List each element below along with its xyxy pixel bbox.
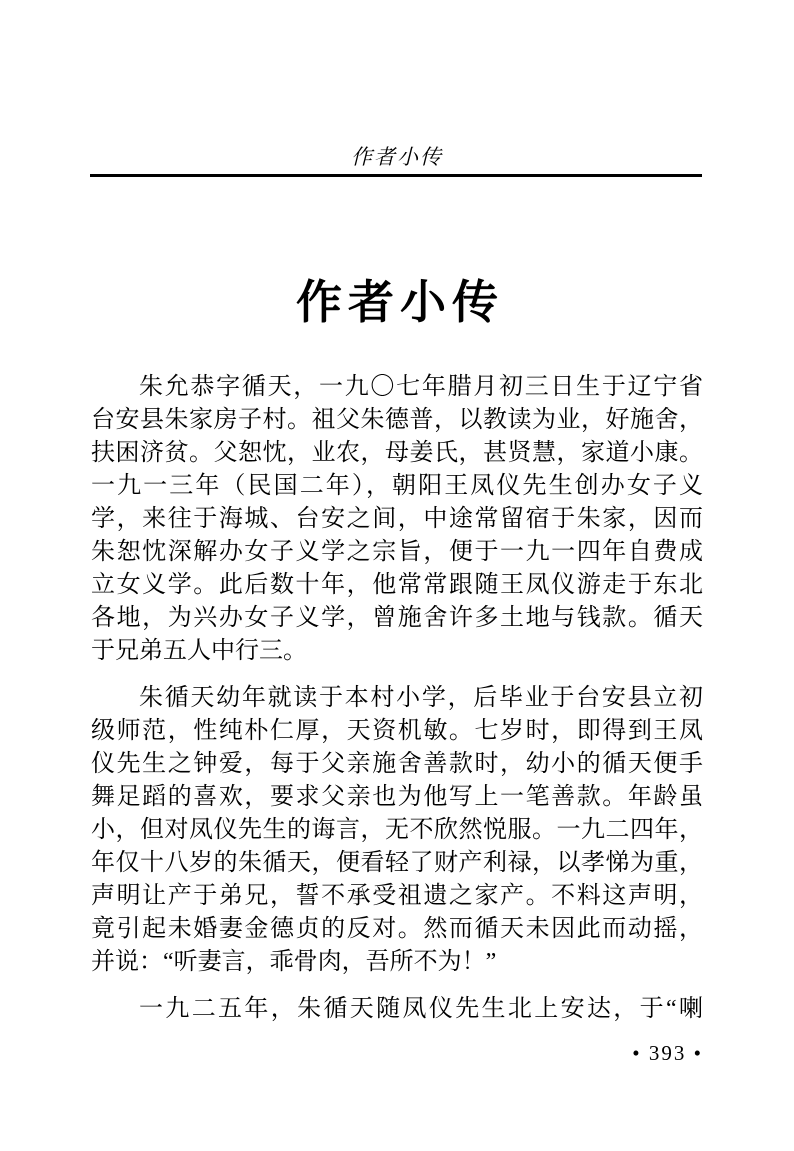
text-line: 朱允恭字循天，一九〇七年腊月初三日生于辽宁省 [91, 371, 703, 404]
running-header: 作者小传 [91, 141, 703, 171]
text-line: 年仅十八岁的朱循天，便看轻了财产利禄，以孝悌为重， [91, 847, 703, 880]
text-line: 小，但对凤仪先生的诲言，无不欣然悦服。一九二四年， [91, 814, 703, 847]
text-line: 一九二五年，朱循天随凤仪先生北上安达，于“喇 [91, 993, 703, 1026]
text-line: 竟引起未婚妻金德贞的反对。然而循天未因此而动摇， [91, 913, 703, 946]
book-page: 作者小传 作者小传 朱允恭字循天，一九〇七年腊月初三日生于辽宁省台安县朱家房子村… [0, 0, 794, 1151]
text-line: 台安县朱家房子村。祖父朱德普，以教读为业，好施舍， [91, 404, 703, 437]
page-number: • 393 • [91, 1041, 703, 1066]
text-line: 仪先生之钟爱，每于父亲施舍善款时，幼小的循天便手 [91, 748, 703, 781]
text-line: 声明让产于弟兄，誓不承受祖遗之家产。不料这声明， [91, 880, 703, 913]
text-line: 朱循天幼年就读于本村小学，后毕业于台安县立初 [91, 682, 703, 715]
text-line: 朱恕忱深解办女子义学之宗旨，便于一九一四年自费成 [91, 536, 703, 569]
paragraph: 一九二五年，朱循天随凤仪先生北上安达，于“喇 [91, 993, 703, 1026]
text-line: 立女义学。此后数十年，他常常跟随王凤仪游走于东北 [91, 569, 703, 602]
header-rule [90, 174, 702, 177]
text-line: 并说：“听妻言，乖骨肉，吾所不为！” [91, 946, 703, 979]
body-text: 朱允恭字循天，一九〇七年腊月初三日生于辽宁省台安县朱家房子村。祖父朱德普，以教读… [91, 371, 703, 1040]
paragraph: 朱循天幼年就读于本村小学，后毕业于台安县立初级师范，性纯朴仁厚，天资机敏。七岁时… [91, 682, 703, 979]
text-line: 各地，为兴办女子义学，曾施舍许多土地与钱款。循天 [91, 602, 703, 635]
text-line: 于兄弟五人中行三。 [91, 635, 703, 668]
text-line: 一九一三年（民国二年），朝阳王凤仪先生创办女子义 [91, 470, 703, 503]
text-line: 级师范，性纯朴仁厚，天资机敏。七岁时，即得到王凤 [91, 715, 703, 748]
text-line: 学，来往于海城、台安之间，中途常留宿于朱家，因而 [91, 503, 703, 536]
text-line: 舞足蹈的喜欢，要求父亲也为他写上一笔善款。年龄虽 [91, 781, 703, 814]
page-title: 作者小传 [0, 276, 794, 328]
text-line: 扶困济贫。父恕忱，业农，母姜氏，甚贤慧，家道小康。 [91, 437, 703, 470]
paragraph: 朱允恭字循天，一九〇七年腊月初三日生于辽宁省台安县朱家房子村。祖父朱德普，以教读… [91, 371, 703, 668]
